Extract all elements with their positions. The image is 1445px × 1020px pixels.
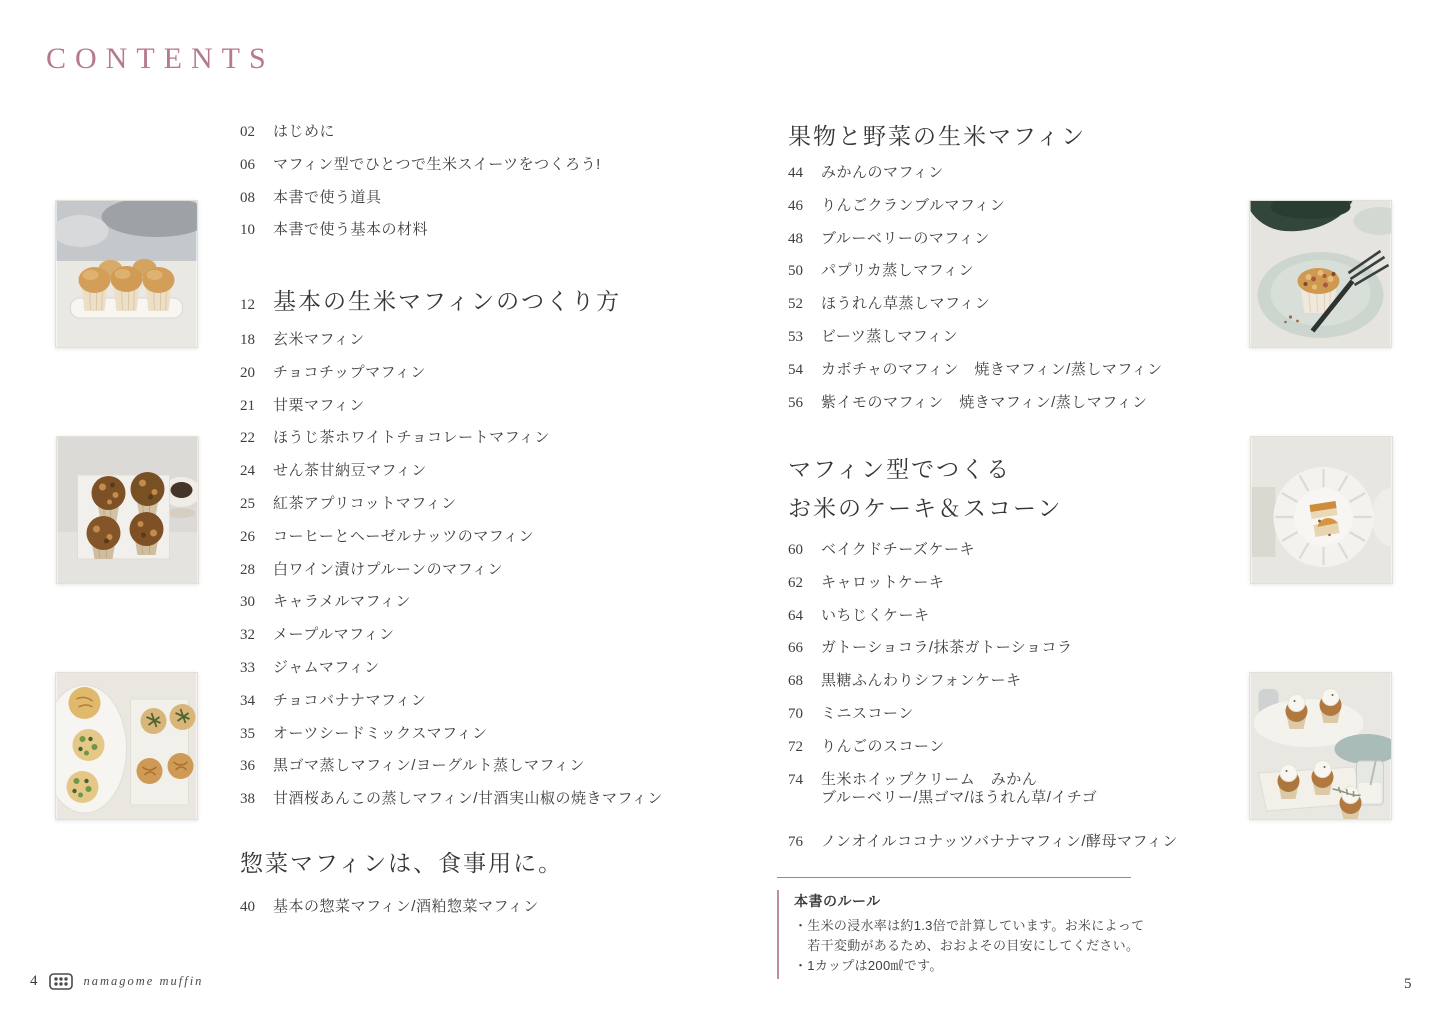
toc-entry: 53ビーツ蒸しマフィン bbox=[788, 325, 1163, 358]
toc-entry-title: チョコチップマフィン bbox=[273, 361, 426, 382]
toc-entry-page: 22 bbox=[240, 430, 273, 447]
plain-muffins-image bbox=[56, 201, 197, 347]
toc-entry-page: 72 bbox=[788, 739, 821, 756]
toc-entry: 36黒ゴマ蒸しマフィン/ヨーグルト蒸しマフィン bbox=[240, 754, 663, 787]
toc-entry-whipped-cream: 74 生米ホイップクリーム みかん ブルーベリー/黒ゴマ/ほうれん草/イチゴ bbox=[788, 768, 1347, 830]
toc-entry-title: 甘栗マフィン bbox=[273, 394, 365, 415]
section-title: 基本の生米マフィンのつくり方 bbox=[273, 283, 621, 316]
toc-entry: 35オーツシードミックスマフィン bbox=[240, 722, 663, 755]
toc-entry-page: 48 bbox=[788, 231, 821, 248]
toc-basic-muffins-list: 18玄米マフィン 20チョコチップマフィン 21甘栗マフィン 22ほうじ茶ホワイ… bbox=[240, 328, 663, 820]
toc-entry-title: せん茶甘納豆マフィン bbox=[273, 459, 427, 480]
toc-entry-page: 30 bbox=[240, 594, 273, 611]
toc-entry: 64いちじくケーキ bbox=[788, 604, 1347, 637]
section-heading-fruit-veg-muffins: 果物と野菜の生米マフィン bbox=[788, 118, 1086, 151]
toc-entry-page: 28 bbox=[240, 562, 273, 579]
toc-entry-title: ベイクドチーズケーキ bbox=[821, 538, 975, 559]
footer-right: 5 bbox=[1404, 975, 1412, 993]
toc-entry-page: 54 bbox=[788, 362, 821, 379]
toc-entry: 72りんごのスコーン bbox=[788, 735, 1347, 768]
toc-entry-title: みかんのマフィン bbox=[821, 161, 944, 182]
toc-entry-page: 10 bbox=[240, 222, 273, 239]
toc-entry: 52ほうれん草蒸しマフィン bbox=[788, 292, 1163, 325]
toc-entry-title: チョコバナナマフィン bbox=[273, 689, 426, 710]
toc-entry-title: ブルーベリーのマフィン bbox=[821, 227, 990, 248]
toc-entry-page: 24 bbox=[240, 463, 273, 480]
toc-entry-page: 36 bbox=[240, 758, 273, 775]
toc-entry-page: 70 bbox=[788, 706, 821, 723]
toc-entry-title: 本書で使う道具 bbox=[273, 186, 382, 207]
toc-entry: 54カボチャのマフィン 焼きマフィン/蒸しマフィン bbox=[788, 358, 1163, 391]
toc-entry-page: 68 bbox=[788, 673, 821, 690]
toc-entry-page: 60 bbox=[788, 542, 821, 559]
toc-entry-page: 32 bbox=[240, 627, 273, 644]
toc-entry: 06 マフィン型でひとつで生米スイーツをつくろう! bbox=[240, 153, 601, 186]
toc-entry: 48ブルーベリーのマフィン bbox=[788, 227, 1163, 260]
toc-entry-title: パプリカ蒸しマフィン bbox=[821, 259, 974, 280]
toc-entry: 68黒糖ふんわりシフォンケーキ bbox=[788, 669, 1347, 702]
toc-entry: 60ベイクドチーズケーキ bbox=[788, 538, 1347, 571]
toc-entry-title: コーヒーとヘーゼルナッツのマフィン bbox=[273, 525, 534, 546]
toc-entry-title: りんごのスコーン bbox=[821, 735, 945, 756]
toc-entry: 10 本書で使う基本の材料 bbox=[240, 218, 601, 251]
section-heading-basic-muffins: 12 基本の生米マフィンのつくり方 bbox=[240, 283, 621, 316]
toc-entry-title: ミニスコーン bbox=[821, 702, 914, 723]
section-heading-savory-muffins: 惣菜マフィンは、食事用に。 bbox=[240, 845, 563, 878]
section-heading-cake-scone: マフィン型でつくる お米のケーキ＆スコーン bbox=[788, 450, 1063, 528]
toc-entry-title: はじめに bbox=[273, 120, 335, 141]
toc-entry-page: 08 bbox=[240, 190, 273, 207]
toc-fruit-veg-list: 44みかんのマフィン 46りんごクランブルマフィン 48ブルーベリーのマフィン … bbox=[788, 161, 1163, 423]
toc-entry-page: 64 bbox=[788, 608, 821, 625]
book-spread: CONTENTS bbox=[0, 0, 1445, 1020]
toc-entry-page: 34 bbox=[240, 693, 273, 710]
toc-entry-page: 62 bbox=[788, 575, 821, 592]
rules-line: 若干変動があるため、おおよその目安にしてください。 bbox=[794, 936, 1131, 956]
toc-entry-subtitle: ブルーベリー/黒ゴマ/ほうれん草/イチゴ bbox=[821, 786, 1097, 807]
toc-entry: 02 はじめに bbox=[240, 120, 601, 153]
toc-entry-title: カボチャのマフィン 焼きマフィン/蒸しマフィン bbox=[821, 358, 1163, 379]
toc-entry: 56紫イモのマフィン 焼きマフィン/蒸しマフィン bbox=[788, 391, 1163, 424]
toc-entry-title: 紅茶アプリコットマフィン bbox=[273, 492, 457, 513]
photo-savory-muffins bbox=[55, 672, 198, 820]
toc-entry-page: 02 bbox=[240, 124, 273, 141]
toc-entry-title: 紫イモのマフィン 焼きマフィン/蒸しマフィン bbox=[821, 391, 1148, 412]
toc-entry-title: いちじくケーキ bbox=[821, 604, 930, 625]
toc-entry: 70ミニスコーン bbox=[788, 702, 1347, 735]
toc-entry-page: 44 bbox=[788, 165, 821, 182]
toc-entry-title: メープルマフィン bbox=[273, 623, 394, 644]
toc-entry-title: 白ワイン漬けプルーンのマフィン bbox=[273, 558, 503, 579]
toc-entry-title: ほうじ茶ホワイトチョコレートマフィン bbox=[273, 426, 550, 447]
toc-entry-title: 甘酒桜あんこの蒸しマフィン/甘酒実山椒の焼きマフィン bbox=[273, 787, 663, 808]
toc-entry-page: 52 bbox=[788, 296, 821, 313]
toc-entry: 26コーヒーとヘーゼルナッツのマフィン bbox=[240, 525, 663, 558]
section-title-line1: マフィン型でつくる bbox=[788, 450, 1063, 489]
toc-entry-page: 53 bbox=[788, 329, 821, 346]
toc-entry: 66ガトーショコラ/抹茶ガトーショコラ bbox=[788, 636, 1347, 669]
toc-entry: 08 本書で使う道具 bbox=[240, 186, 601, 219]
toc-entry-title: 本書で使う基本の材料 bbox=[273, 218, 428, 239]
toc-entry: 50パプリカ蒸しマフィン bbox=[788, 259, 1163, 292]
toc-entry-title: マフィン型でひとつで生米スイーツをつくろう! bbox=[273, 153, 601, 174]
toc-entry-page: 46 bbox=[788, 198, 821, 215]
toc-entry-title: りんごクランブルマフィン bbox=[821, 194, 1005, 215]
section-title: 果物と野菜の生米マフィン bbox=[788, 118, 1086, 151]
savory-muffins-image bbox=[56, 673, 197, 819]
photo-plain-muffins bbox=[55, 200, 198, 348]
photo-nut-muffins bbox=[56, 436, 199, 584]
footer-left: 4 namagome muffin bbox=[30, 973, 203, 990]
toc-entry-page: 26 bbox=[240, 529, 273, 546]
toc-entry: 46りんごクランブルマフィン bbox=[788, 194, 1163, 227]
toc-entry-page: 35 bbox=[240, 726, 273, 743]
toc-entry: 21甘栗マフィン bbox=[240, 394, 663, 427]
rules-body: 本書のルール ・生米の浸水率は約1.3倍で計算しています。お米によって 若干変動… bbox=[777, 890, 1131, 979]
toc-entry-title: オーツシードミックスマフィン bbox=[273, 722, 487, 743]
toc-entry-page: 20 bbox=[240, 365, 273, 382]
toc-entry: 76 ノンオイルココナッツバナナマフィン/酵母マフィン bbox=[788, 830, 1347, 863]
rules-line: ・生米の浸水率は約1.3倍で計算しています。お米によって bbox=[794, 916, 1131, 936]
toc-entry: 30キャラメルマフィン bbox=[240, 590, 663, 623]
toc-entry-page: 18 bbox=[240, 332, 273, 349]
toc-entry-page: 40 bbox=[240, 899, 273, 916]
brand-text: namagome muffin bbox=[84, 974, 204, 989]
toc-entry: 32メープルマフィン bbox=[240, 623, 663, 656]
toc-entry-title: ビーツ蒸しマフィン bbox=[821, 325, 958, 346]
toc-entry-page: 06 bbox=[240, 157, 273, 174]
toc-entry-page: 66 bbox=[788, 640, 821, 657]
toc-entry: 38甘酒桜あんこの蒸しマフィン/甘酒実山椒の焼きマフィン bbox=[240, 787, 663, 820]
toc-entry: 25紅茶アプリコットマフィン bbox=[240, 492, 663, 525]
section-title: 惣菜マフィンは、食事用に。 bbox=[240, 845, 563, 878]
toc-entry-page: 74 bbox=[788, 772, 821, 789]
toc-entry: 34チョコバナナマフィン bbox=[240, 689, 663, 722]
toc-entry-title: 玄米マフィン bbox=[273, 328, 365, 349]
toc-entry-page: 76 bbox=[788, 834, 821, 851]
toc-entry: 62キャロットケーキ bbox=[788, 571, 1347, 604]
toc-entry-title: ノンオイルココナッツバナナマフィン/酵母マフィン bbox=[821, 830, 1178, 851]
toc-entry: 40 基本の惣菜マフィン/酒粕惣菜マフィン bbox=[240, 895, 539, 928]
toc-savory-muffins-list: 40 基本の惣菜マフィン/酒粕惣菜マフィン bbox=[240, 895, 539, 928]
toc-entry: 44みかんのマフィン bbox=[788, 161, 1163, 194]
toc-entry: 22ほうじ茶ホワイトチョコレートマフィン bbox=[240, 426, 663, 459]
rules-title: 本書のルール bbox=[794, 891, 1131, 911]
toc-entry-page: 25 bbox=[240, 496, 273, 513]
toc-entry: 20チョコチップマフィン bbox=[240, 361, 663, 394]
toc-entry: 24せん茶甘納豆マフィン bbox=[240, 459, 663, 492]
rules-line: ・1カップは200㎖です。 bbox=[794, 956, 1131, 976]
toc-entry-title: キャロットケーキ bbox=[821, 571, 944, 592]
left-page-number: 4 bbox=[30, 973, 38, 990]
rules-divider-line bbox=[777, 877, 1131, 878]
toc-entry-title: ジャムマフィン bbox=[273, 656, 380, 677]
section-title-line2: お米のケーキ＆スコーン bbox=[788, 489, 1063, 528]
crumble-muffin-image bbox=[1250, 201, 1391, 347]
page-title: CONTENTS bbox=[46, 42, 275, 76]
book-rules-box: 本書のルール ・生米の浸水率は約1.3倍で計算しています。お米によって 若干変動… bbox=[777, 877, 1131, 979]
toc-entry-title: ほうれん草蒸しマフィン bbox=[821, 292, 990, 313]
toc-entry-title: ガトーショコラ/抹茶ガトーショコラ bbox=[821, 636, 1072, 657]
section-page: 12 bbox=[240, 297, 273, 314]
muffin-tin-icon bbox=[49, 973, 73, 990]
toc-entry-page: 38 bbox=[240, 791, 273, 808]
toc-entry-title: 黒糖ふんわりシフォンケーキ bbox=[821, 669, 1021, 690]
toc-entry-page: 56 bbox=[788, 395, 821, 412]
toc-cake-scone-list: 60ベイクドチーズケーキ 62キャロットケーキ 64いちじくケーキ 66ガトーシ… bbox=[788, 538, 1347, 862]
right-page-number: 5 bbox=[1404, 976, 1412, 992]
photo-crumble-muffin-plate bbox=[1249, 200, 1392, 348]
toc-entry-page: 33 bbox=[240, 660, 273, 677]
toc-intro-list: 02 はじめに 06 マフィン型でひとつで生米スイーツをつくろう! 08 本書で… bbox=[240, 120, 601, 251]
toc-entry: 18玄米マフィン bbox=[240, 328, 663, 361]
toc-entry-page: 50 bbox=[788, 263, 821, 280]
toc-entry-title: 基本の惣菜マフィン/酒粕惣菜マフィン bbox=[273, 895, 539, 916]
toc-entry: 33ジャムマフィン bbox=[240, 656, 663, 689]
toc-entry-title: キャラメルマフィン bbox=[273, 590, 411, 611]
nut-muffins-image bbox=[57, 437, 198, 583]
toc-entry-title: 黒ゴマ蒸しマフィン/ヨーグルト蒸しマフィン bbox=[273, 754, 585, 775]
toc-entry-page: 21 bbox=[240, 398, 273, 415]
toc-entry: 28白ワイン漬けプルーンのマフィン bbox=[240, 558, 663, 591]
